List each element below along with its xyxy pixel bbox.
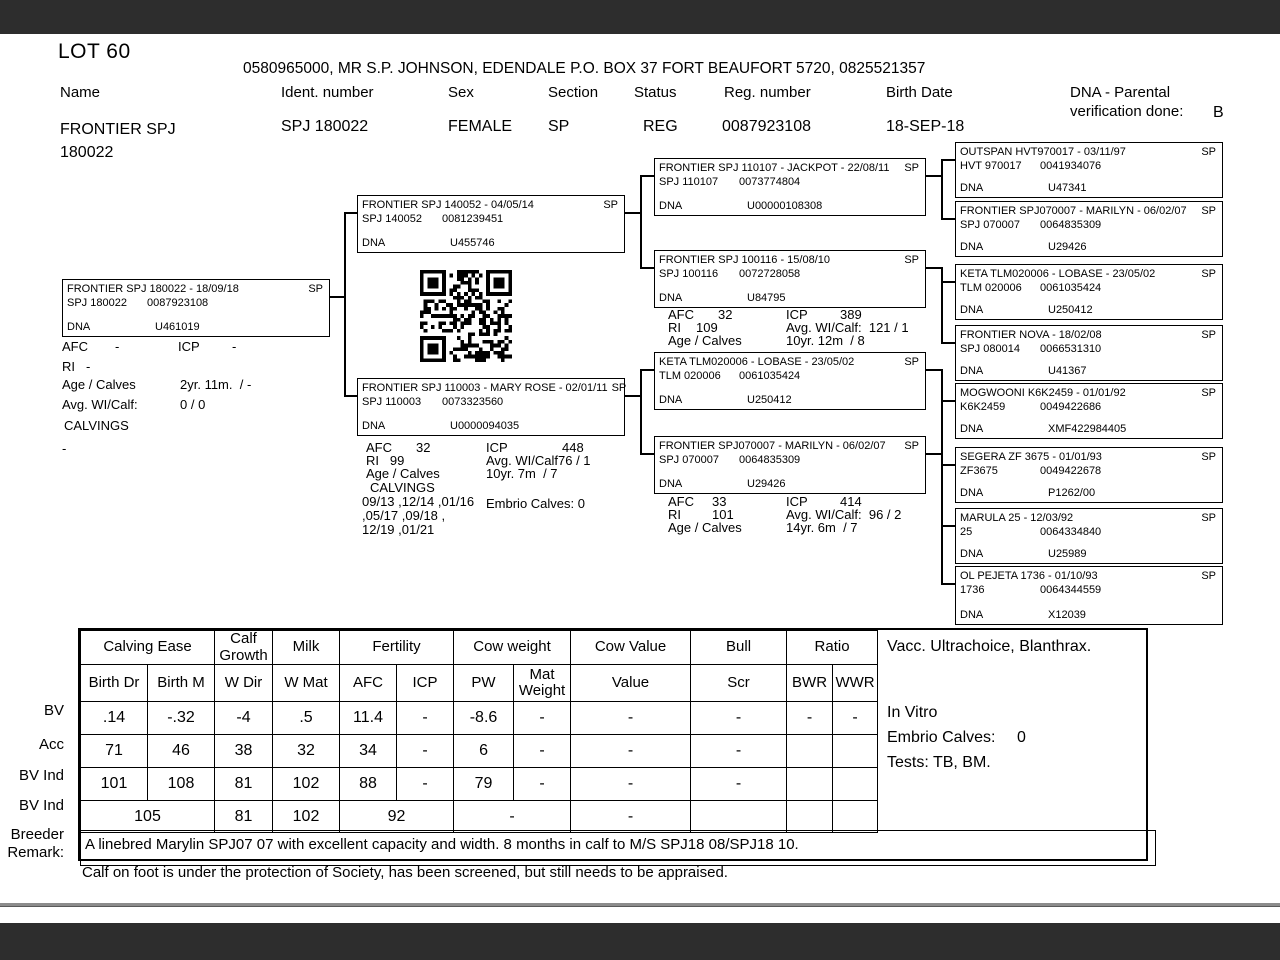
pedigree-connector: [640, 175, 654, 177]
table-col-header: W Dir: [215, 665, 273, 702]
table-group-header: Fertility: [340, 631, 454, 665]
table-cell: -: [571, 801, 691, 833]
table-cell: -: [571, 735, 691, 768]
table-cell: 88: [340, 768, 397, 801]
animal-reg-number: 0081239451: [442, 213, 503, 225]
pedigree-connector: [941, 525, 955, 527]
pedigree-connector: [640, 175, 642, 269]
stat-text: 32: [718, 307, 732, 322]
animal-ident: SPJ 080014: [960, 342, 1040, 356]
dna-value: U41367: [1048, 365, 1087, 377]
animal-reg-number: 0061035424: [739, 370, 800, 382]
pedigree-box: MARULA 25 - 12/03/92SP250064334840DNAU25…: [955, 508, 1223, 564]
animal-title: KETA TLM020006 - LOBASE - 23/05/02: [960, 267, 1155, 281]
animal-ident: SPJ 070007: [659, 453, 739, 467]
dna-value: X12039: [1048, 609, 1086, 621]
pedigree-connector: [330, 296, 344, 298]
animal-ident: HVT 970017: [960, 159, 1040, 173]
table-cell: -: [691, 768, 787, 801]
section-flag: SP: [1201, 145, 1216, 159]
section-flag: SP: [904, 161, 919, 175]
table-cell: -: [691, 735, 787, 768]
stat-text: Age / Calves: [366, 466, 440, 481]
table-cell: -: [397, 735, 454, 768]
section-flag: SP: [904, 355, 919, 369]
vaccination-note: Vacc. Ultrachoice, Blanthrax.: [887, 638, 1091, 656]
animal-reg-number: 0072728058: [739, 268, 800, 280]
table-cell: -: [571, 768, 691, 801]
dna-value: U250412: [1048, 304, 1093, 316]
table-col-header: Scr: [691, 665, 787, 702]
pedigree-connector: [941, 281, 955, 283]
animal-ident: TLM 020006: [960, 281, 1040, 295]
breeder-remark-label-2: Remark:: [0, 844, 64, 861]
stat-text: AFC: [62, 339, 88, 354]
table-row-label: Acc: [0, 736, 64, 753]
pedigree-connector: [926, 175, 941, 177]
table-cell: -: [454, 801, 571, 833]
dna-verification-value: B: [1213, 104, 1224, 122]
table-cell: 11.4: [340, 702, 397, 735]
animal-reg-number: 0073323560: [442, 396, 503, 408]
table-group-header: Milk: [273, 631, 340, 665]
pedigree-box: OUTSPAN HVT970017 - 03/11/97SPHVT 970017…: [955, 142, 1223, 198]
section-flag: SP: [612, 381, 627, 395]
catalog-page: LOT 60 0580965000, MR S.P. JOHNSON, EDEN…: [0, 0, 1280, 960]
animal-ident: ZF3675: [960, 464, 1040, 478]
animal-title: MOGWOONI K6K2459 - 01/01/92: [960, 386, 1126, 400]
dna-label: DNA: [960, 547, 1048, 561]
animal-title: FRONTIER SPJ 180022 - 18/09/18: [67, 282, 239, 296]
animal-reg-number: 0061035424: [1040, 282, 1101, 294]
table-row-label: BV Ind: [0, 767, 64, 784]
breeder-remark-label-1: Breeder: [0, 826, 64, 843]
field-value-ident-number: SPJ 180022: [281, 118, 368, 136]
animal-title: FRONTIER NOVA - 18/02/08: [960, 328, 1102, 342]
pedigree-connector: [941, 583, 955, 585]
pedigree-connector: [625, 395, 640, 397]
table-group-header: Calf Growth: [215, 631, 273, 665]
stat-text: CALVINGS: [64, 418, 129, 433]
dna-label: DNA: [659, 477, 747, 491]
table-cell: -: [691, 702, 787, 735]
table-col-header: Birth Dr: [81, 665, 148, 702]
animal-title: SEGERA ZF 3675 - 01/01/93: [960, 450, 1102, 464]
table-group-header: Calving Ease: [81, 631, 215, 665]
stat-text: 14yr. 6m / 7: [786, 520, 858, 535]
table-cell: 81: [215, 768, 273, 801]
animal-reg-number: 0066531310: [1040, 343, 1101, 355]
stat-text: -: [232, 339, 236, 354]
breeding-values-block: Calving EaseCalf GrowthMilkFertilityCow …: [78, 628, 1148, 861]
table-cell: -: [787, 702, 833, 735]
field-label-ident-number: Ident. number: [281, 84, 374, 101]
stat-text: -: [115, 339, 119, 354]
section-flag: SP: [1201, 204, 1216, 218]
stat-text: Avg. WI/Calf:: [62, 397, 138, 412]
table-col-header: Value: [571, 665, 691, 702]
stat-text: RI: [62, 359, 75, 374]
pedigree-box: SEGERA ZF 3675 - 01/01/93SPZF36750049422…: [955, 447, 1223, 503]
pedigree-connector: [941, 159, 955, 161]
field-value-name: FRONTIER SPJ 180022: [60, 118, 220, 164]
dna-parental-label: DNA - Parental: [1070, 84, 1170, 101]
table-cell: -8.6: [454, 702, 514, 735]
dna-value: U461019: [155, 321, 200, 333]
pedigree-box: MOGWOONI K6K2459 - 01/01/92SPK6K24590049…: [955, 383, 1223, 439]
dna-label: DNA: [960, 608, 1048, 622]
animal-title: OUTSPAN HVT970017 - 03/11/97: [960, 145, 1126, 159]
pedigree-connector: [941, 218, 955, 220]
field-label-sex: Sex: [448, 84, 474, 101]
field-label-reg-number: Reg. number: [724, 84, 811, 101]
stat-text: 12/19 ,01/21: [362, 522, 434, 537]
animal-reg-number: 0073774804: [739, 176, 800, 188]
pedigree-box: FRONTIER SPJ 110003 - MARY ROSE - 02/01/…: [357, 378, 625, 436]
breeder-remark-text: A linebred Marylin SPJ07 07 with excelle…: [80, 830, 1156, 866]
table-cell: -.32: [148, 702, 215, 735]
table-cell: [787, 768, 833, 801]
pedigree-connector: [926, 453, 941, 455]
section-flag: SP: [1201, 511, 1216, 525]
animal-title: FRONTIER SPJ 110003 - MARY ROSE - 02/01/…: [362, 381, 608, 395]
animal-title: FRONTIER SPJ070007 - MARILYN - 06/02/07: [659, 439, 886, 453]
animal-ident: TLM 020006: [659, 369, 739, 383]
table-col-header: AFC: [340, 665, 397, 702]
animal-title: FRONTIER SPJ 100116 - 15/08/10: [659, 253, 830, 267]
stat-text: CALVINGS: [370, 480, 435, 495]
stat-text: Embrio Calves: 0: [486, 496, 585, 511]
animal-ident: SPJ 100116: [659, 267, 739, 281]
table-group-header: Cow Value: [571, 631, 691, 665]
pedigree-connector: [926, 267, 941, 269]
animal-title: FRONTIER SPJ 140052 - 04/05/14: [362, 198, 534, 212]
animal-reg-number: 0041934076: [1040, 160, 1101, 172]
field-value-sex: FEMALE: [448, 118, 512, 136]
section-flag: SP: [1201, 450, 1216, 464]
stat-text: 10yr. 12m / 8: [786, 333, 865, 348]
animal-ident: SPJ 110107: [659, 175, 739, 189]
pedigree-connector: [926, 369, 941, 371]
section-flag: SP: [1201, 328, 1216, 342]
stat-text: 10yr. 7m / 7: [486, 466, 558, 481]
animal-reg-number: 0064835309: [739, 454, 800, 466]
breeding-values-table: Calving EaseCalf GrowthMilkFertilityCow …: [80, 630, 878, 833]
dna-value: U0000094035: [450, 420, 519, 432]
pedigree-connector: [625, 212, 640, 214]
table-cell: -: [514, 735, 571, 768]
table-cell: [833, 768, 878, 801]
dna-value: U455746: [450, 237, 495, 249]
animal-ident: SPJ 140052: [362, 212, 442, 226]
dna-label: DNA: [960, 486, 1048, 500]
lot-number: LOT 60: [58, 40, 131, 64]
table-cell: 92: [340, 801, 454, 833]
field-label-birth-date: Birth Date: [886, 84, 953, 101]
table-cell: -: [514, 702, 571, 735]
dna-value: U25989: [1048, 548, 1087, 560]
embrio-calves-label: Embrio Calves:: [887, 729, 995, 747]
table-cell: -4: [215, 702, 273, 735]
dna-value: U29426: [1048, 241, 1087, 253]
stat-text: 09/13 ,12/14 ,01/16: [362, 494, 474, 509]
pedigree-connector: [640, 369, 654, 371]
dna-verification-label: verification done:: [1070, 103, 1183, 120]
table-group-header: Bull: [691, 631, 787, 665]
table-col-header: W Mat: [273, 665, 340, 702]
table-row-label: BV: [0, 702, 64, 719]
field-value-birth-date: 18-SEP-18: [886, 118, 964, 136]
pedigree-connector: [344, 212, 346, 397]
pedigree-box: KETA TLM020006 - LOBASE - 23/05/02SPTLM …: [955, 264, 1223, 320]
table-col-header: Birth M: [148, 665, 215, 702]
dna-label: DNA: [960, 422, 1048, 436]
table-col-header: WWR: [833, 665, 878, 702]
in-vitro-note: In Vitro: [887, 704, 937, 722]
top-bar: [0, 0, 1280, 34]
table-cell: .14: [81, 702, 148, 735]
animal-reg-number: 0049422678: [1040, 465, 1101, 477]
stat-text: ICP: [178, 339, 200, 354]
stat-text: Age / Calves: [668, 333, 742, 348]
stat-text: 0 / 0: [180, 397, 205, 412]
dna-label: DNA: [960, 181, 1048, 195]
pedigree-connector: [941, 453, 943, 585]
stat-text: ,05/17 ,09/18 ,: [362, 508, 445, 523]
dna-value: P1262/00: [1048, 487, 1095, 499]
animal-title: KETA TLM020006 - LOBASE - 23/05/02: [659, 355, 854, 369]
table-cell: [787, 801, 833, 833]
dna-label: DNA: [960, 364, 1048, 378]
table-cell: .5: [273, 702, 340, 735]
table-cell: 105: [81, 801, 215, 833]
pedigree-box: FRONTIER SPJ070007 - MARILYN - 06/02/07S…: [955, 201, 1223, 257]
animal-title: MARULA 25 - 12/03/92: [960, 511, 1073, 525]
pedigree-connector: [344, 212, 357, 214]
field-label-section: Section: [548, 84, 598, 101]
animal-ident: SPJ 070007: [960, 218, 1040, 232]
qr-code-image: [420, 270, 512, 362]
dna-label: DNA: [960, 303, 1048, 317]
table-cell: 81: [215, 801, 273, 833]
table-cell: 108: [148, 768, 215, 801]
animal-title: FRONTIER SPJ 110107 - JACKPOT - 22/08/11: [659, 161, 889, 175]
table-group-header: Cow weight: [454, 631, 571, 665]
animal-reg-number: 0064835309: [1040, 219, 1101, 231]
table-cell: 101: [81, 768, 148, 801]
dna-label: DNA: [659, 291, 747, 305]
table-cell: -: [397, 702, 454, 735]
dna-value: U84795: [747, 292, 786, 304]
animal-ident: 25: [960, 525, 1040, 539]
pedigree-connector: [640, 453, 654, 455]
side-panel: Vacc. Ultrachoice, Blanthrax. In Vitro E…: [877, 630, 1148, 830]
pedigree-box: FRONTIER NOVA - 18/02/08SPSPJ 0800140066…: [955, 325, 1223, 381]
section-flag: SP: [1201, 569, 1216, 583]
pedigree-box: OL PEJETA 1736 - 01/10/93SP1736006434455…: [955, 566, 1223, 625]
table-cell: 32: [273, 735, 340, 768]
animal-ident: 1736: [960, 583, 1040, 597]
pedigree-connector: [941, 159, 943, 220]
stat-text: 2yr. 11m. / -: [180, 377, 251, 392]
pedigree-connector: [640, 267, 654, 269]
animal-reg-number: 0087923108: [147, 297, 208, 309]
dna-label: DNA: [659, 199, 747, 213]
dna-label: DNA: [960, 240, 1048, 254]
table-group-header: Ratio: [787, 631, 878, 665]
table-cell: -: [833, 702, 878, 735]
table-cell: 71: [81, 735, 148, 768]
field-label-status: Status: [634, 84, 677, 101]
table-cell: 102: [273, 768, 340, 801]
pedigree-box: KETA TLM020006 - LOBASE - 23/05/02SPTLM …: [654, 352, 926, 410]
calf-footnote: Calf on foot is under the protection of …: [82, 864, 728, 881]
pedigree-box: FRONTIER SPJ 100116 - 15/08/10SPSPJ 1001…: [654, 250, 926, 308]
dna-value: XMF422984405: [1048, 423, 1126, 435]
stat-text: Age / Calves: [668, 520, 742, 535]
section-flag: SP: [1201, 386, 1216, 400]
animal-ident: SPJ 180022: [67, 296, 147, 310]
section-flag: SP: [1201, 267, 1216, 281]
field-value-section: SP: [548, 118, 569, 136]
stat-text: -: [62, 441, 66, 456]
table-cell: -: [397, 768, 454, 801]
table-cell: [833, 735, 878, 768]
dna-label: DNA: [67, 320, 155, 334]
field-value-status: REG: [643, 118, 678, 136]
table-row-label: BV Ind: [0, 797, 64, 814]
tests-note: Tests: TB, BM.: [887, 754, 991, 772]
animal-ident: SPJ 110003: [362, 395, 442, 409]
embrio-calves-value: 0: [1017, 729, 1026, 747]
dna-value: U47341: [1048, 182, 1087, 194]
animal-ident: K6K2459: [960, 400, 1040, 414]
table-cell: -: [514, 768, 571, 801]
pedigree-connector: [640, 369, 642, 455]
dna-label: DNA: [659, 393, 747, 407]
dna-value: U29426: [747, 478, 786, 490]
breeder-contact-line: 0580965000, MR S.P. JOHNSON, EDENDALE P.…: [243, 60, 925, 78]
table-col-header: Mat Weight: [514, 665, 571, 702]
table-cell: [833, 801, 878, 833]
divider-rule: [0, 903, 1280, 907]
bottom-bar: [0, 923, 1280, 960]
pedigree-connector: [941, 369, 943, 466]
pedigree-connector: [941, 267, 943, 344]
table-cell: -: [571, 702, 691, 735]
animal-title: FRONTIER SPJ070007 - MARILYN - 06/02/07: [960, 204, 1187, 218]
pedigree-box: FRONTIER SPJ070007 - MARILYN - 06/02/07S…: [654, 436, 926, 494]
section-flag: SP: [904, 439, 919, 453]
field-value-reg-number: 0087923108: [722, 118, 811, 136]
table-cell: 34: [340, 735, 397, 768]
field-label-name: Name: [60, 84, 100, 101]
table-cell: 6: [454, 735, 514, 768]
table-cell: 102: [273, 801, 340, 833]
dna-value: U00000108308: [747, 200, 822, 212]
dna-value: U250412: [747, 394, 792, 406]
pedigree-connector: [941, 342, 955, 344]
table-cell: 38: [215, 735, 273, 768]
dna-label: DNA: [362, 419, 450, 433]
table-cell: [691, 801, 787, 833]
pedigree-box: FRONTIER SPJ 140052 - 04/05/14SPSPJ 1400…: [357, 195, 625, 253]
pedigree-box: FRONTIER SPJ 110107 - JACKPOT - 22/08/11…: [654, 158, 926, 216]
table-cell: [787, 735, 833, 768]
section-flag: SP: [603, 198, 618, 212]
table-cell: 79: [454, 768, 514, 801]
table-cell: 46: [148, 735, 215, 768]
section-flag: SP: [308, 282, 323, 296]
section-flag: SP: [904, 253, 919, 267]
table-col-header: BWR: [787, 665, 833, 702]
qr-code: [420, 270, 512, 362]
pedigree-connector: [344, 395, 357, 397]
pedigree-connector: [941, 464, 955, 466]
animal-reg-number: 0064344559: [1040, 584, 1101, 596]
dna-label: DNA: [362, 236, 450, 250]
stat-text: Age / Calves: [62, 377, 136, 392]
table-col-header: PW: [454, 665, 514, 702]
pedigree-connector: [941, 400, 955, 402]
stat-text: -: [86, 359, 90, 374]
pedigree-box: FRONTIER SPJ 180022 - 18/09/18SPSPJ 1800…: [62, 279, 330, 337]
stat-text: 32: [416, 440, 430, 455]
animal-reg-number: 0064334840: [1040, 526, 1101, 538]
animal-reg-number: 0049422686: [1040, 401, 1101, 413]
table-col-header: ICP: [397, 665, 454, 702]
animal-title: OL PEJETA 1736 - 01/10/93: [960, 569, 1098, 583]
